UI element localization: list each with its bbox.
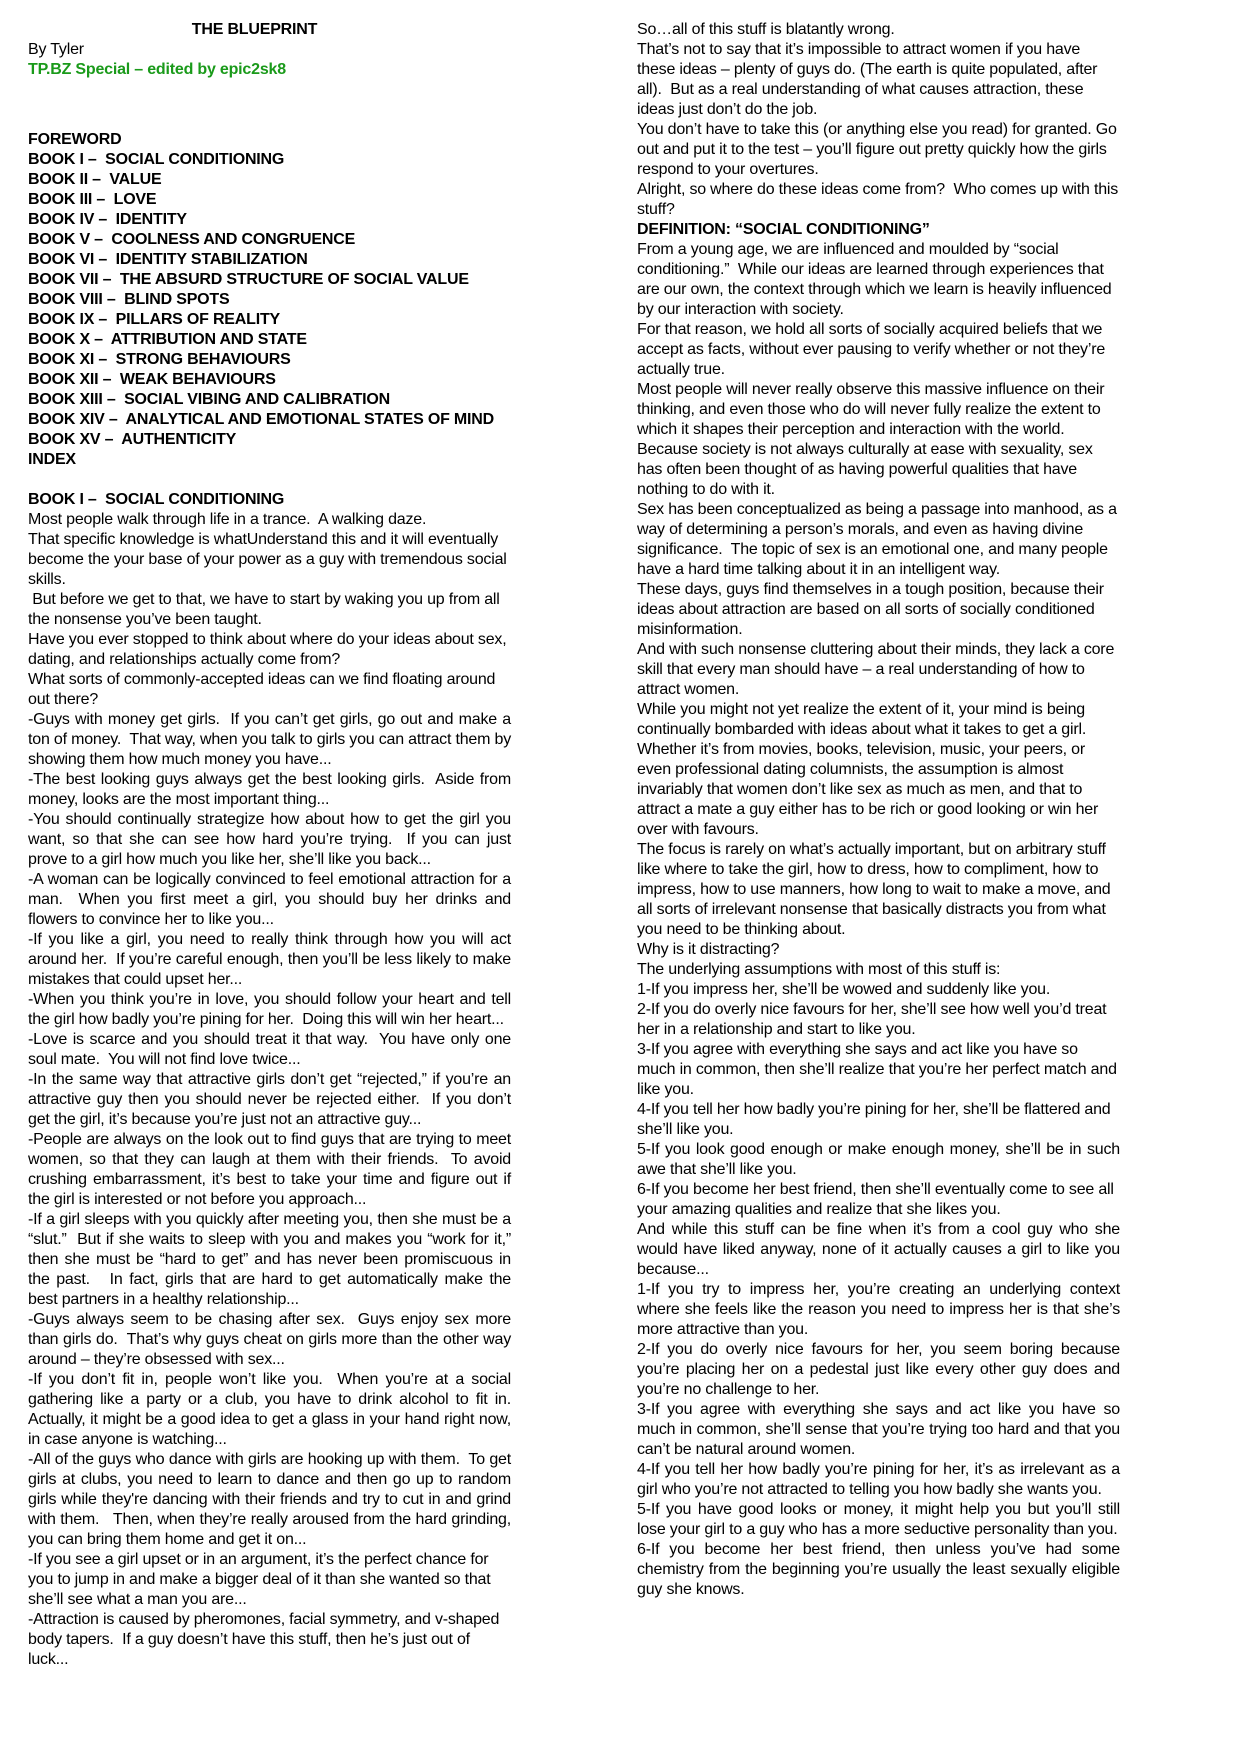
paragraph: -A woman can be logically convinced to f…: [28, 870, 511, 930]
section-heading: DEFINITION: “SOCIAL CONDITIONING”: [637, 220, 1120, 240]
right-paragraphs: So…all of this stuff is blatantly wrong.…: [637, 20, 1120, 1600]
paragraph: That specific knowledge is whatUnderstan…: [28, 530, 511, 590]
paragraph: So…all of this stuff is blatantly wrong.: [637, 20, 1120, 40]
paragraph: -Attraction is caused by pheromones, fac…: [28, 1610, 511, 1670]
paragraph: And with such nonsense cluttering about …: [637, 640, 1120, 700]
paragraph: From a young age, we are influenced and …: [637, 240, 1120, 320]
paragraph: 4-If you tell her how badly you’re pinin…: [637, 1100, 1120, 1140]
paragraph: -Guys with money get girls. If you can’t…: [28, 710, 511, 770]
paragraph: These days, guys find themselves in a to…: [637, 580, 1120, 640]
toc-item: BOOK V – COOLNESS AND CONGRUENCE: [28, 230, 511, 250]
paragraph: -Guys always seem to be chasing after se…: [28, 1310, 511, 1370]
toc-item: BOOK VII – THE ABSURD STRUCTURE OF SOCIA…: [28, 270, 511, 290]
paragraph: For that reason, we hold all sorts of so…: [637, 320, 1120, 380]
paragraph: You don’t have to take this (or anything…: [637, 120, 1120, 180]
paragraph: And while this stuff can be fine when it…: [637, 1220, 1120, 1280]
document-page: THE BLUEPRINT By Tyler TP.BZ Special – e…: [0, 0, 1241, 1670]
toc-item: BOOK X – ATTRIBUTION AND STATE: [28, 330, 511, 350]
toc-item: BOOK XIII – SOCIAL VIBING AND CALIBRATIO…: [28, 390, 511, 410]
paragraph: Most people walk through life in a tranc…: [28, 510, 511, 530]
paragraph: Have you ever stopped to think about whe…: [28, 630, 511, 670]
paragraph: 1-If you try to impress her, you’re crea…: [637, 1280, 1120, 1340]
paragraph: -If you like a girl, you need to really …: [28, 930, 511, 990]
paragraph: 3-If you agree with everything she says …: [637, 1400, 1120, 1460]
page-title: THE BLUEPRINT: [28, 20, 511, 40]
paragraph: -If you don’t fit in, people won’t like …: [28, 1370, 511, 1450]
section-heading: BOOK I – SOCIAL CONDITIONING: [28, 490, 511, 510]
paragraph: But before we get to that, we have to st…: [28, 590, 511, 630]
toc-item: BOOK IV – IDENTITY: [28, 210, 511, 230]
toc-item: BOOK VI – IDENTITY STABILIZATION: [28, 250, 511, 270]
toc-item: BOOK IX – PILLARS OF REALITY: [28, 310, 511, 330]
left-paragraphs: BOOK I – SOCIAL CONDITIONINGMost people …: [28, 490, 511, 1670]
paragraph: The underlying assumptions with most of …: [637, 960, 1120, 980]
right-column: So…all of this stuff is blatantly wrong.…: [637, 20, 1120, 1670]
paragraph: -The best looking guys always get the be…: [28, 770, 511, 810]
paragraph: 4-If you tell her how badly you’re pinin…: [637, 1460, 1120, 1500]
paragraph: Sex has been conceptualized as being a p…: [637, 500, 1120, 580]
paragraph: -In the same way that attractive girls d…: [28, 1070, 511, 1130]
paragraph: Alright, so where do these ideas come fr…: [637, 180, 1120, 220]
paragraph: The focus is rarely on what’s actually i…: [637, 840, 1120, 940]
paragraph: Because society is not always culturally…: [637, 440, 1120, 500]
toc-item: FOREWORD: [28, 130, 511, 150]
byline: By Tyler: [28, 40, 511, 60]
paragraph: Why is it distracting?: [637, 940, 1120, 960]
paragraph: -Love is scarce and you should treat it …: [28, 1030, 511, 1070]
paragraph: While you might not yet realize the exte…: [637, 700, 1120, 840]
paragraph: 5-If you look good enough or make enough…: [637, 1140, 1120, 1180]
spacer: [28, 470, 511, 490]
paragraph: 2-If you do overly nice favours for her,…: [637, 1340, 1120, 1400]
paragraph: 3-If you agree with everything she says …: [637, 1040, 1120, 1100]
paragraph: -All of the guys who dance with girls ar…: [28, 1450, 511, 1550]
spacer: [28, 80, 511, 130]
toc-item: BOOK I – SOCIAL CONDITIONING: [28, 150, 511, 170]
paragraph: -If you see a girl upset or in an argume…: [28, 1550, 511, 1610]
paragraph: -You should continually strategize how a…: [28, 810, 511, 870]
toc-item: BOOK VIII – BLIND SPOTS: [28, 290, 511, 310]
toc-item: BOOK II – VALUE: [28, 170, 511, 190]
paragraph: That’s not to say that it’s impossible t…: [637, 40, 1120, 120]
paragraph: 5-If you have good looks or money, it mi…: [637, 1500, 1120, 1540]
paragraph: -When you think you’re in love, you shou…: [28, 990, 511, 1030]
paragraph: 1-If you impress her, she’ll be wowed an…: [637, 980, 1120, 1000]
left-column: THE BLUEPRINT By Tyler TP.BZ Special – e…: [28, 20, 511, 1670]
toc-item: BOOK XII – WEAK BEHAVIOURS: [28, 370, 511, 390]
paragraph: 2-If you do overly nice favours for her,…: [637, 1000, 1120, 1040]
paragraph: -If a girl sleeps with you quickly after…: [28, 1210, 511, 1310]
paragraph: 6-If you become her best friend, then un…: [637, 1540, 1120, 1600]
toc-item: INDEX: [28, 450, 511, 470]
edition-line: TP.BZ Special – edited by epic2sk8: [28, 60, 511, 80]
paragraph: -People are always on the look out to fi…: [28, 1130, 511, 1210]
toc-item: BOOK III – LOVE: [28, 190, 511, 210]
toc-item: BOOK XIV – ANALYTICAL AND EMOTIONAL STAT…: [28, 410, 511, 430]
paragraph: Most people will never really observe th…: [637, 380, 1120, 440]
toc-item: BOOK XV – AUTHENTICITY: [28, 430, 511, 450]
toc-list: FOREWORDBOOK I – SOCIAL CONDITIONINGBOOK…: [28, 130, 511, 470]
paragraph: What sorts of commonly-accepted ideas ca…: [28, 670, 511, 710]
toc-item: BOOK XI – STRONG BEHAVIOURS: [28, 350, 511, 370]
paragraph: 6-If you become her best friend, then sh…: [637, 1180, 1120, 1220]
